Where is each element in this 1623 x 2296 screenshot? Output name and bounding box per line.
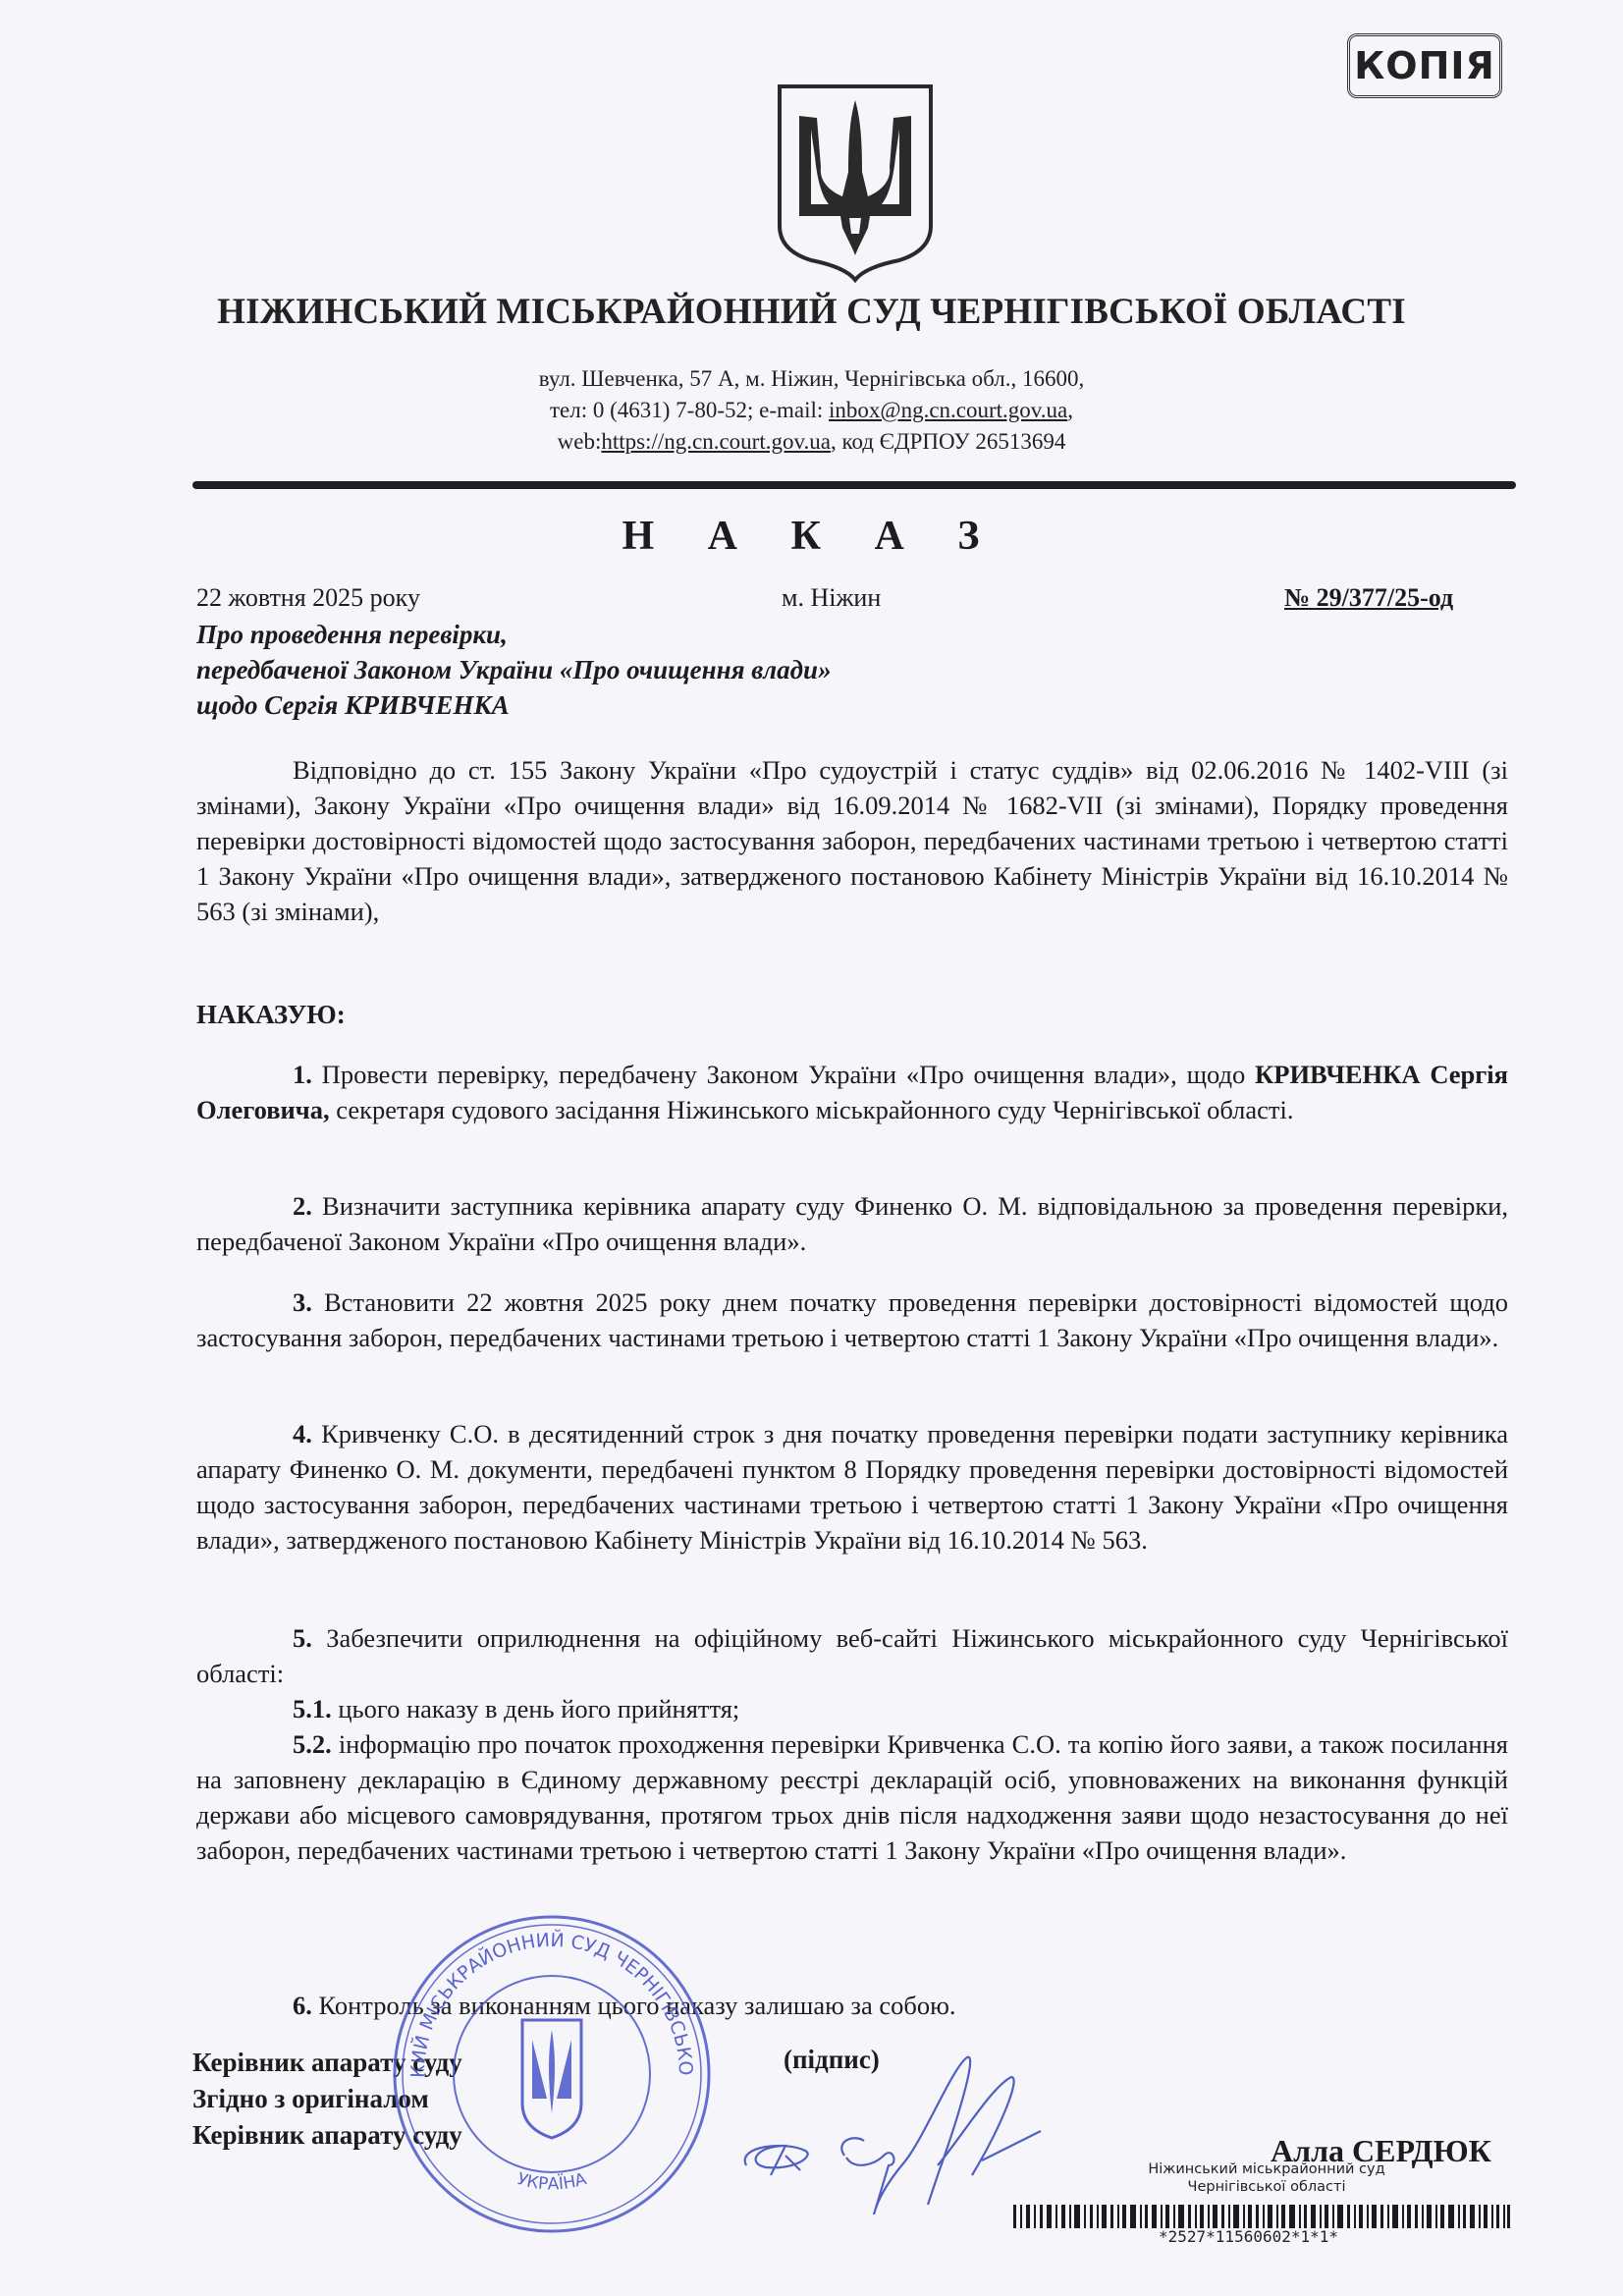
registration-org-line: Ніжинський міськрайонний суд bbox=[1119, 2160, 1414, 2178]
order-item-2: 2. Визначити заступника керівника апарат… bbox=[196, 1188, 1508, 1259]
item-text: Встановити 22 жовтня 2025 року днем поча… bbox=[196, 1287, 1508, 1352]
website-link[interactable]: https://ng.cn.court.gov.ua bbox=[601, 429, 831, 454]
item-number: 6. bbox=[293, 1991, 312, 2020]
web-prefix: web: bbox=[558, 429, 602, 454]
copy-stamp: КОПІЯ bbox=[1347, 33, 1502, 98]
email-link[interactable]: inbox@ng.cn.court.gov.ua bbox=[829, 398, 1067, 422]
item-text: Забезпечити оприлюднення на офіційному в… bbox=[196, 1623, 1508, 1688]
handwritten-signature bbox=[727, 2048, 1051, 2214]
order-date: 22 жовтня 2025 року bbox=[196, 583, 420, 613]
court-seal-icon: НІЖИНСЬКИЙ МІСЬКРАЙОННИЙ СУД ЧЕРНІГІВСЬК… bbox=[385, 1907, 719, 2241]
item-text: секретаря судового засідання Ніжинського… bbox=[330, 1095, 1294, 1124]
order-subject: Про проведення перевірки, передбаченої З… bbox=[196, 617, 832, 723]
item-text: Провести перевірку, передбачену Законом … bbox=[312, 1060, 1255, 1089]
item-number: 5. bbox=[293, 1623, 312, 1653]
subject-line: щодо Сергія КРИВЧЕНКА bbox=[196, 687, 832, 723]
preamble-text: Відповідно до ст. 155 Закону України «Пр… bbox=[196, 752, 1508, 929]
court-address: вул. Шевченка, 57 А, м. Ніжин, Чернігівс… bbox=[0, 363, 1623, 395]
item-text: Кривченку С.О. в десятиденний строк з дн… bbox=[196, 1419, 1508, 1555]
item-text: інформацію про початок проходження перев… bbox=[196, 1729, 1508, 1865]
item-number: 4. bbox=[293, 1419, 312, 1449]
svg-text:НІЖИНСЬКИЙ МІСЬКРАЙОННИЙ СУД Ч: НІЖИНСЬКИЙ МІСЬКРАЙОННИЙ СУД ЧЕРНІГІВСЬК… bbox=[385, 1907, 696, 2078]
court-name: НІЖИНСЬКИЙ МІСЬКРАЙОННИЙ СУД ЧЕРНІГІВСЬК… bbox=[0, 291, 1623, 333]
edrpou-code: , код ЄДРПОУ 26513694 bbox=[831, 429, 1065, 454]
item-number: 5.2. bbox=[293, 1729, 332, 1759]
email-suffix: , bbox=[1067, 398, 1073, 422]
order-item-5-2: 5.2. інформацію про початок проходження … bbox=[196, 1726, 1508, 1868]
copy-stamp-label: КОПІЯ bbox=[1354, 44, 1495, 87]
order-item-5: 5. Забезпечити оприлюднення на офіційном… bbox=[196, 1620, 1508, 1868]
item-number: 1. bbox=[293, 1060, 312, 1089]
court-contacts: вул. Шевченка, 57 А, м. Ніжин, Чернігівс… bbox=[0, 363, 1623, 458]
item-number: 2. bbox=[293, 1191, 312, 1221]
order-item-4: 4. Кривченку С.О. в десятиденний строк з… bbox=[196, 1416, 1508, 1558]
court-phone-email: тел: 0 (4631) 7-80-52; e-mail: inbox@ng.… bbox=[0, 395, 1623, 426]
subject-line: передбаченої Законом України «Про очищен… bbox=[196, 652, 832, 687]
item-text: цього наказу в день його прийняття; bbox=[332, 1694, 740, 1723]
coat-of-arms-icon bbox=[772, 79, 939, 285]
order-city: м. Ніжин bbox=[782, 583, 881, 613]
preamble-paragraph: Відповідно до ст. 155 Закону України «Пр… bbox=[196, 752, 1508, 929]
order-item-5-1: 5.1. цього наказу в день його прийняття; bbox=[196, 1691, 1508, 1726]
phone-text: тел: 0 (4631) 7-80-52; e-mail: bbox=[550, 398, 829, 422]
item-number: 3. bbox=[293, 1287, 312, 1317]
document-page: КОПІЯ НІЖИНСЬКИЙ МІСЬКРАЙОННИЙ СУД ЧЕРНІ… bbox=[0, 0, 1623, 2296]
order-item-1: 1. Провести перевірку, передбачену Закон… bbox=[196, 1057, 1508, 1127]
registration-org: Ніжинський міськрайонний суд Чернігівськ… bbox=[1119, 2160, 1414, 2196]
order-item-3: 3. Встановити 22 жовтня 2025 року днем п… bbox=[196, 1285, 1508, 1355]
subject-line: Про проведення перевірки, bbox=[196, 617, 832, 652]
barcode-icon bbox=[1013, 2205, 1510, 2228]
item-text: Визначити заступника керівника апарату с… bbox=[196, 1191, 1508, 1256]
order-number: № 29/377/25-од bbox=[1284, 583, 1453, 613]
item-number: 5.1. bbox=[293, 1694, 332, 1723]
document-type-title: Н А К А З bbox=[0, 513, 1623, 560]
header-divider bbox=[192, 481, 1516, 489]
orders-heading: НАКАЗУЮ: bbox=[196, 1000, 346, 1030]
barcode-number: *2527*11560602*1*1* bbox=[1159, 2227, 1338, 2246]
court-web: web:https://ng.cn.court.gov.ua, код ЄДРП… bbox=[0, 426, 1623, 458]
registration-org-line: Чернігівської області bbox=[1119, 2178, 1414, 2196]
